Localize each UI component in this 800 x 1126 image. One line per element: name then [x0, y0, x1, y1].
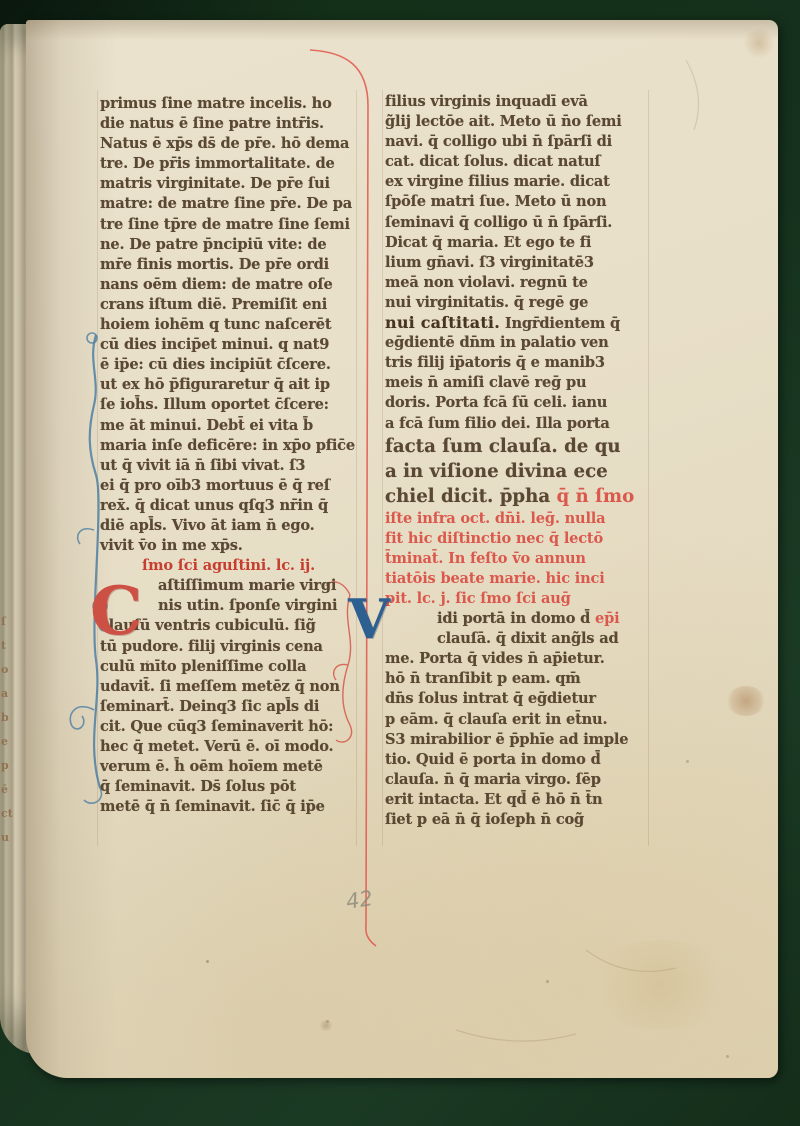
text-line: t̄minat̄. In feſto v̄o annun: [385, 549, 647, 569]
text-line: g̃lij lectōe ait. Meto ū n̄o ſemi: [385, 112, 647, 132]
text-run: iſte infra oct. dn̄i. leḡ. nulla: [385, 510, 605, 527]
text-run: die natus ē ſine patre intr̄is.: [100, 115, 324, 132]
text-run: Dicat q̄ maria. Et ego te fi: [385, 234, 591, 251]
text-line: chiel dicit. p̄pha q̄ n̄ ſmo: [385, 484, 647, 509]
text-line: verum ē. h̄ oēm hoīem metē: [100, 757, 362, 777]
right-text-column: filius virginis inquadī evāg̃lij lectōe …: [385, 92, 647, 830]
text-run: hoiem iohēm q tunc naſcerēt: [100, 316, 331, 333]
text-run: matre: de matre ſine pr̄e. De pa: [100, 195, 352, 212]
text-run: culū mīto pleniſſime colla: [100, 658, 306, 675]
text-line: metē q̄ n̄ ſeminavit. ſic̄ q̄ ip̄e: [100, 797, 362, 817]
text-line: clauſa. n̄ q̄ maria virgo. ſēp: [385, 770, 647, 790]
text-line: primus ſine matre incelis. ho: [100, 94, 362, 114]
text-run: verum ē. h̄ oēm hoīem metē: [100, 758, 323, 775]
decorated-initial-v: V: [348, 592, 390, 646]
text-run: cit. Que cūq3 ſeminaverit hō:: [100, 718, 333, 735]
text-run: hec q̄ metet. Verū ē. oī modo.: [100, 738, 333, 755]
text-line: nui caſtitati. Ingr̄dientem q̄: [385, 313, 647, 333]
text-line: nui virginitatis. q̄ regē ge: [385, 293, 647, 313]
text-run: ei q̄ pro oīb3 mortuus ē q̄ reſ: [100, 477, 330, 494]
text-line: filius virginis inquadī evā: [385, 92, 647, 112]
text-line: doris. Porta fcā ſū celi. ianu: [385, 393, 647, 413]
text-run: tiatōis beate marie. hic inci: [385, 570, 605, 587]
brown-stain: [726, 686, 766, 716]
text-run: primus ſine matre incelis. ho: [100, 95, 332, 112]
text-line: dn̄s ſolus intrat q̄ eḡdietur: [385, 689, 647, 709]
text-line: ne. De patre p̄ncipiū vite: de: [100, 235, 362, 255]
text-line: ut ex hō p̄figuraretur q̄ ait ip: [100, 375, 362, 395]
text-line: diē apl̄s. Vivo āt iam n̄ ego.: [100, 516, 362, 536]
text-line: hoiem iohēm q tunc naſcerēt: [100, 315, 362, 335]
text-run: a in viſione divina ece: [385, 461, 608, 482]
text-run: me. Porta q̄ vides n̄ ap̄ietur.: [385, 650, 605, 667]
text-line: me. Porta q̄ vides n̄ ap̄ietur.: [385, 649, 647, 669]
text-line: fit hic diſtinctio nec q̄ lectō: [385, 529, 647, 549]
text-line: nans oēm diem: de matre oſe: [100, 275, 362, 295]
text-run: ſe ioh̄s. Illum oportet c̄ſcere:: [100, 396, 329, 413]
text-line: ut q̄ vivit iā n̄ ſibi vivat. ſ3: [100, 456, 362, 476]
text-line: me āt minui. Debt̄ ei vita b̄: [100, 416, 362, 436]
text-run: Ingr̄dientem q̄: [500, 315, 620, 332]
text-line: meā non violavi. regnū te: [385, 273, 647, 293]
ruling-line: [382, 90, 383, 846]
text-run: tre ſine tp̄re de matre ſine ſemi: [100, 216, 350, 233]
previous-page-text-glimpse: ſ t o a b e p ē ct u: [1, 610, 15, 850]
text-line: cit. Que cūq3 ſeminaverit hō:: [100, 717, 362, 737]
text-line: lium gn̄avi. ſ3 virginitatē3: [385, 253, 647, 273]
text-line: die natus ē ſine patre intr̄is.: [100, 114, 362, 134]
text-run: cū dies incip̄et minui. q nat9: [100, 336, 329, 353]
text-run: ut q̄ vivit iā n̄ ſibi vivat. ſ3: [100, 457, 305, 474]
text-run: rex̄. q̄ dicat unus qſq3 nr̄in q̄: [100, 497, 328, 514]
text-line: erit intacta. Et qd̄ ē hō n̄ t̄n: [385, 790, 647, 810]
text-run: maria inſe deficēre: in xp̄o pfic̄e: [100, 437, 355, 454]
text-run: Natus ē xp̄s ds̄ de pr̄e. hō dema: [100, 135, 349, 152]
text-line: tio. Quid ē porta in domo d̄: [385, 750, 647, 770]
parchment-page: primus ſine matre incelis. hodie natus ē…: [26, 20, 778, 1078]
text-line: ei q̄ pro oīb3 mortuus ē q̄ reſ: [100, 476, 362, 496]
text-run: S3 mirabilior ē p̄phīe ad imple: [385, 731, 628, 748]
ink-speckles: [206, 960, 209, 963]
text-run: mr̄e finis mortis. De pr̄e ordi: [100, 256, 329, 273]
text-run: crans iſtum diē. Premiſit eni: [100, 296, 327, 313]
text-line: p eām. q̄ clauſa erit in et̄nu.: [385, 710, 647, 730]
text-line: tiatōis beate marie. hic inci: [385, 569, 647, 589]
text-line: ſeminart̄. Deinq3 ſic apl̄s di: [100, 697, 362, 717]
text-run: lium gn̄avi. ſ3 virginitatē3: [385, 254, 594, 271]
text-line: culū mīto pleniſſime colla: [100, 657, 362, 677]
text-run: vivit v̄o in me xp̄s.: [100, 537, 243, 554]
text-run: meis n̄ amiſi clavē reḡ pu: [385, 374, 586, 391]
text-run: p eām. q̄ clauſa erit in et̄nu.: [385, 711, 607, 728]
text-run: ut ex hō p̄figuraretur q̄ ait ip: [100, 376, 330, 393]
text-line: udavit̄. ſi meſſem metēz q̄ non: [100, 677, 362, 697]
text-line: tre. De pr̄is immortalitate. de: [100, 154, 362, 174]
text-line: iſte infra oct. dn̄i. leḡ. nulla: [385, 509, 647, 529]
text-run: me āt minui. Debt̄ ei vita b̄: [100, 417, 313, 434]
text-line: facta ſum clauſa. de qu: [385, 434, 647, 459]
text-run: cat. dicat ſolus. dicat natuſ: [385, 153, 601, 170]
text-run: ē ip̄e: cū dies incipiūt c̄ſcere.: [100, 356, 331, 373]
text-run: udavit̄. ſi meſſem metēz q̄ non: [100, 678, 340, 695]
text-line: q̄ ſeminavit. Ds̄ ſolus pōt: [100, 777, 362, 797]
text-line: matris virginitate. De pr̄e ſui: [100, 174, 362, 194]
text-run: eḡdientē dn̄m in palatio ven: [385, 334, 609, 351]
text-line: idi portā in domo d̄ ep̄i: [385, 609, 647, 629]
text-run: doris. Porta fcā ſū celi. ianu: [385, 394, 607, 411]
text-run: ex virgine filius marie. dicat: [385, 173, 610, 190]
text-run: ep̄i: [595, 610, 619, 627]
text-run: chiel dicit. p̄pha: [385, 486, 556, 507]
text-line: tre ſine tp̄re de matre ſine ſemi: [100, 215, 362, 235]
text-line: a fcā ſum filio dei. Illa porta: [385, 414, 647, 434]
text-line: matre: de matre ſine pr̄e. De pa: [100, 194, 362, 214]
ruling-line: [97, 90, 98, 846]
text-line: ex virgine filius marie. dicat: [385, 172, 647, 192]
text-run: q̄ ſeminavit. Ds̄ ſolus pōt: [100, 778, 296, 795]
text-line: ſe ioh̄s. Illum oportet c̄ſcere:: [100, 395, 362, 415]
text-run: pit. lc. j. ſic ſmo ſci auḡ: [385, 590, 571, 607]
text-run: ſmo ſci aguſtini. lc. ij.: [142, 557, 315, 574]
text-line: meis n̄ amiſi clavē reḡ pu: [385, 373, 647, 393]
text-line: vivit v̄o in me xp̄s.: [100, 536, 362, 556]
text-run: aſtiſſimum marie virgi: [158, 577, 336, 594]
text-line: Natus ē xp̄s ds̄ de pr̄e. hō dema: [100, 134, 362, 154]
text-line: ſeminavi q̄ colligo ū n̄ ſpārſi.: [385, 213, 647, 233]
text-run: ne. De patre p̄ncipiū vite: de: [100, 236, 326, 253]
text-run: matris virginitate. De pr̄e ſui: [100, 175, 330, 192]
text-line: rex̄. q̄ dicat unus qſq3 nr̄in q̄: [100, 496, 362, 516]
text-line: a in viſione divina ece: [385, 459, 647, 484]
text-run: nui caſtitati.: [385, 313, 500, 332]
text-run: clauſa. n̄ q̄ maria virgo. ſēp: [385, 771, 601, 788]
text-line: S3 mirabilior ē p̄phīe ad imple: [385, 730, 647, 750]
faint-stain: [742, 28, 776, 58]
text-line: ſiet p eā n̄ q̄ ioſeph n̄ cog̃: [385, 810, 647, 830]
manuscript-photo: ſ t o a b e p ē ct u primus ſine: [0, 0, 800, 1126]
text-run: tris filij ip̄atoris q̄ e manib3: [385, 354, 605, 371]
yellow-discoloration: [586, 940, 736, 1030]
text-line: tris filij ip̄atoris q̄ e manib3: [385, 353, 647, 373]
text-line: hec q̄ metet. Verū ē. oī modo.: [100, 737, 362, 757]
text-line: Dicat q̄ maria. Et ego te fi: [385, 233, 647, 253]
text-line: eḡdientē dn̄m in palatio ven: [385, 333, 647, 353]
text-run: meā non violavi. regnū te: [385, 274, 588, 291]
text-run: diē apl̄s. Vivo āt iam n̄ ego.: [100, 517, 315, 534]
text-line: ſpōſe matri ſue. Meto ū non: [385, 192, 647, 212]
text-run: ſeminavi q̄ colligo ū n̄ ſpārſi.: [385, 214, 612, 231]
text-run: ſiet p eā n̄ q̄ ioſeph n̄ cog̃: [385, 811, 584, 828]
text-run: nans oēm diem: de matre oſe: [100, 276, 333, 293]
pencil-folio-number: 42: [344, 886, 374, 914]
text-run: a fcā ſum filio dei. Illa porta: [385, 415, 610, 432]
text-line: cat. dicat ſolus. dicat natuſ: [385, 152, 647, 172]
text-run: q̄ n̄ ſmo: [556, 486, 634, 507]
text-run: ſpōſe matri ſue. Meto ū non: [385, 193, 606, 210]
decorated-initial-c: C: [90, 578, 143, 644]
text-line: pit. lc. j. ſic ſmo ſci auḡ: [385, 589, 647, 609]
text-run: clauſā. q̄ dixit ang̃ls ad: [437, 630, 618, 647]
text-run: facta ſum clauſa. de qu: [385, 436, 621, 457]
left-text-column: primus ſine matre incelis. hodie natus ē…: [100, 94, 362, 817]
text-run: metē q̄ n̄ ſeminavit. ſic̄ q̄ ip̄e: [100, 798, 325, 815]
text-line: navi. q̄ colligo ubi n̄ ſpārſi di: [385, 132, 647, 152]
text-line: clauſā. q̄ dixit ang̃ls ad: [385, 629, 647, 649]
text-run: filius virginis inquadī evā: [385, 93, 588, 110]
text-run: t̄minat̄. In feſto v̄o annun: [385, 550, 586, 567]
text-run: ſeminart̄. Deinq3 ſic apl̄s di: [100, 698, 319, 715]
text-run: navi. q̄ colligo ubi n̄ ſpārſi di: [385, 133, 612, 150]
text-run: nis utin. ſponſe virgini: [158, 597, 337, 614]
text-run: g̃lij lectōe ait. Meto ū n̄o ſemi: [385, 113, 622, 130]
text-line: crans iſtum diē. Premiſit eni: [100, 295, 362, 315]
text-run: hō n̄ tranſibit p eam. qm̄: [385, 670, 580, 687]
small-stain: [318, 1020, 334, 1031]
text-run: idi portā in domo d̄: [437, 610, 595, 627]
text-line: maria inſe deficēre: in xp̄o pfic̄e: [100, 436, 362, 456]
text-line: cū dies incip̄et minui. q nat9: [100, 335, 362, 355]
text-line: hō n̄ tranſibit p eam. qm̄: [385, 669, 647, 689]
text-run: erit intacta. Et qd̄ ē hō n̄ t̄n: [385, 791, 602, 808]
text-line: ē ip̄e: cū dies incipiūt c̄ſcere.: [100, 355, 362, 375]
text-run: dn̄s ſolus intrat q̄ eḡdietur: [385, 690, 596, 707]
text-run: tio. Quid ē porta in domo d̄: [385, 751, 601, 768]
text-run: fit hic diſtinctio nec q̄ lectō: [385, 530, 603, 547]
text-run: tre. De pr̄is immortalitate. de: [100, 155, 335, 172]
ruling-line: [648, 90, 649, 846]
text-line: mr̄e finis mortis. De pr̄e ordi: [100, 255, 362, 275]
text-run: nui virginitatis. q̄ regē ge: [385, 294, 588, 311]
